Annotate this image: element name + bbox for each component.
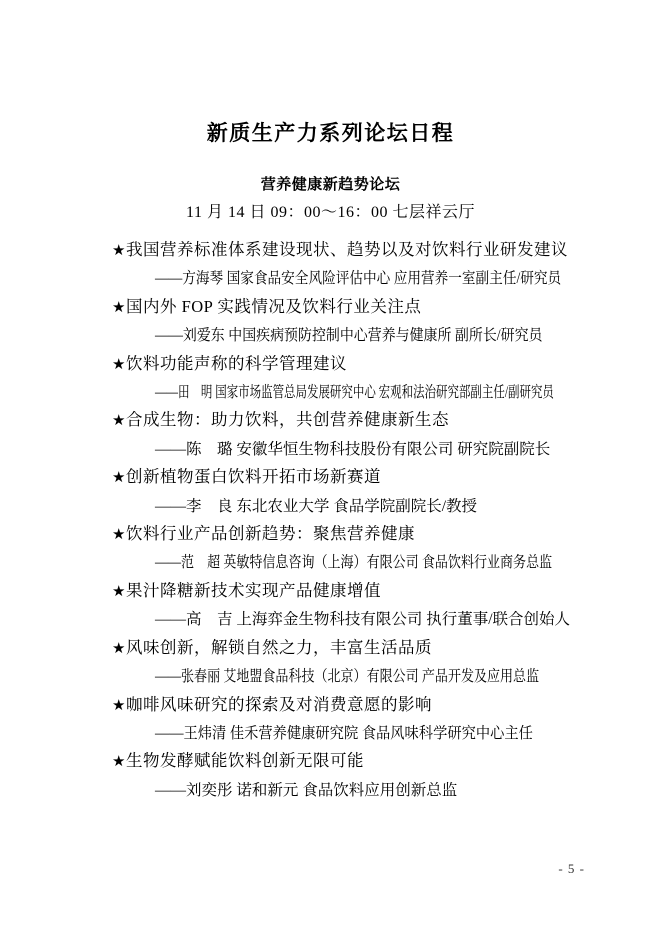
agenda-item: ★饮料功能声称的科学管理建议 ——田 明 国家市场监管总局发展研究中心 宏观和法… — [112, 350, 631, 407]
agenda-topic: ★咖啡风味研究的探索及对消费意愿的影响 — [112, 691, 631, 720]
agenda-topic-text: 风味创新，解锁自然之力，丰富生活品质 — [126, 638, 432, 657]
agenda-item: ★咖啡风味研究的探索及对消费意愿的影响 ——王炜清 佳禾营养健康研究院 食品风味… — [112, 691, 631, 748]
agenda-speaker-text: 李 良 东北农业大学 食品学院副院长/教授 — [186, 498, 477, 515]
agenda-topic-text: 饮料功能声称的科学管理建议 — [126, 354, 347, 373]
star-icon: ★ — [112, 527, 126, 543]
star-icon: ★ — [112, 470, 126, 486]
agenda-topic-text: 国内外 FOP 实践情况及饮料行业关注点 — [126, 297, 421, 316]
agenda-speaker-text: 高 吉 上海弈金生物科技有限公司 执行董事/联合创始人 — [186, 611, 570, 628]
agenda-topic-text: 我国营养标准体系建设现状、趋势以及对饮料行业研发建议 — [126, 240, 568, 259]
agenda-speaker-text: 张春丽 艾地盟食品科技（北京）有限公司 产品开发及应用总监 — [181, 668, 539, 685]
star-icon: ★ — [112, 584, 126, 600]
agenda-speaker-text: 王炜清 佳禾营养健康研究院 食品风味科学研究中心主任 — [184, 725, 533, 742]
agenda-speaker: ——方海琴 国家食品安全风险评估中心 应用营养一室副主任/研究员 — [112, 265, 631, 292]
agenda-topic: ★创新植物蛋白饮料开拓市场新赛道 — [112, 463, 631, 492]
agenda-topic: ★合成生物：助力饮料，共创营养健康新生态 — [112, 406, 631, 435]
em-dash: —— — [155, 384, 178, 401]
agenda-item: ★生物发酵赋能饮料创新无限可能 ——刘奕彤 诺和新元 食品饮料应用创新总监 — [112, 747, 631, 804]
agenda-topic-text: 合成生物：助力饮料，共创营养健康新生态 — [126, 410, 449, 429]
agenda-topic: ★风味创新，解锁自然之力，丰富生活品质 — [112, 634, 631, 663]
agenda-topic: ★国内外 FOP 实践情况及饮料行业关注点 — [112, 293, 631, 322]
agenda-speaker: ——刘奕彤 诺和新元 食品饮料应用创新总监 — [112, 777, 631, 804]
forum-subtitle: 营养健康新趋势论坛 — [0, 176, 661, 194]
agenda-item: ★国内外 FOP 实践情况及饮料行业关注点 ——刘爱东 中国疾病预防控制中心营养… — [112, 293, 631, 350]
em-dash: —— — [155, 668, 181, 685]
agenda-item: ★合成生物：助力饮料，共创营养健康新生态 ——陈 璐 安徽华恒生物科技股份有限公… — [112, 406, 631, 463]
agenda-speaker-text: 范 超 英敏特信息咨询（上海）有限公司 食品饮料行业商务总监 — [181, 554, 552, 571]
agenda-speaker: ——田 明 国家市场监管总局发展研究中心 宏观和法治研究部副主任/副研究员 — [112, 379, 631, 406]
agenda-topic: ★果汁降糖新技术实现产品健康增值 — [112, 577, 631, 606]
em-dash: —— — [155, 725, 184, 742]
agenda-speaker: ——陈 璐 安徽华恒生物科技股份有限公司 研究院副院长 — [112, 436, 631, 463]
agenda-topic: ★生物发酵赋能饮料创新无限可能 — [112, 747, 631, 776]
agenda-speaker: ——刘爱东 中国疾病预防控制中心营养与健康所 副所长/研究员 — [112, 322, 631, 349]
page-title: 新质生产力系列论坛日程 — [0, 0, 661, 147]
agenda-speaker-text: 刘爱东 中国疾病预防控制中心营养与健康所 副所长/研究员 — [183, 327, 543, 344]
agenda-item: ★创新植物蛋白饮料开拓市场新赛道 ——李 良 东北农业大学 食品学院副院长/教授 — [112, 463, 631, 520]
agenda-topic-text: 生物发酵赋能饮料创新无限可能 — [126, 751, 364, 770]
agenda-topic-text: 果汁降糖新技术实现产品健康增值 — [126, 581, 381, 600]
agenda-topic-text: 咖啡风味研究的探索及对消费意愿的影响 — [126, 695, 432, 714]
agenda-item: ★我国营养标准体系建设现状、趋势以及对饮料行业研发建议 ——方海琴 国家食品安全… — [112, 236, 631, 293]
agenda-topic: ★我国营养标准体系建设现状、趋势以及对饮料行业研发建议 — [112, 236, 631, 265]
agenda-speaker: ——范 超 英敏特信息咨询（上海）有限公司 食品饮料行业商务总监 — [112, 549, 631, 576]
star-icon: ★ — [112, 698, 126, 714]
agenda-item: ★风味创新，解锁自然之力，丰富生活品质 ——张春丽 艾地盟食品科技（北京）有限公… — [112, 634, 631, 691]
star-icon: ★ — [112, 357, 126, 373]
agenda-topic: ★饮料功能声称的科学管理建议 — [112, 350, 631, 379]
agenda-speaker-text: 田 明 国家市场监管总局发展研究中心 宏观和法治研究部副主任/副研究员 — [178, 384, 554, 401]
em-dash: —— — [155, 611, 186, 628]
star-icon: ★ — [112, 243, 126, 259]
em-dash: —— — [155, 554, 181, 571]
star-icon: ★ — [112, 300, 126, 316]
agenda-item: ★饮料行业产品创新趋势：聚焦营养健康 ——范 超 英敏特信息咨询（上海）有限公司… — [112, 520, 631, 577]
agenda-speaker: ——张春丽 艾地盟食品科技（北京）有限公司 产品开发及应用总监 — [112, 663, 631, 690]
em-dash: —— — [155, 498, 186, 515]
agenda-topic-text: 创新植物蛋白饮料开拓市场新赛道 — [126, 467, 381, 486]
agenda-topic-text: 饮料行业产品创新趋势：聚焦营养健康 — [126, 524, 415, 543]
agenda-speaker-text: 刘奕彤 诺和新元 食品饮料应用创新总监 — [186, 782, 457, 799]
em-dash: —— — [155, 782, 186, 799]
agenda-speaker-text: 方海琴 国家食品安全风险评估中心 应用营养一室副主任/研究员 — [182, 270, 561, 287]
em-dash: —— — [155, 270, 182, 287]
agenda-topic: ★饮料行业产品创新趋势：聚焦营养健康 — [112, 520, 631, 549]
document-page: 新质生产力系列论坛日程 营养健康新趋势论坛 11 月 14 日 09：00～16… — [0, 0, 661, 935]
star-icon: ★ — [112, 641, 126, 657]
agenda-speaker: ——王炜清 佳禾营养健康研究院 食品风味科学研究中心主任 — [112, 720, 631, 747]
datetime-venue: 11 月 14 日 09：00～16：00 七层祥云厅 — [0, 204, 661, 222]
agenda-speaker: ——李 良 东北农业大学 食品学院副院长/教授 — [112, 493, 631, 520]
agenda-list: ★我国营养标准体系建设现状、趋势以及对饮料行业研发建议 ——方海琴 国家食品安全… — [0, 236, 661, 804]
agenda-item: ★果汁降糖新技术实现产品健康增值 ——高 吉 上海弈金生物科技有限公司 执行董事… — [112, 577, 631, 634]
star-icon: ★ — [112, 413, 126, 429]
agenda-speaker-text: 陈 璐 安徽华恒生物科技股份有限公司 研究院副院长 — [186, 441, 550, 458]
em-dash: —— — [155, 441, 186, 458]
star-icon: ★ — [112, 754, 126, 770]
agenda-speaker: ——高 吉 上海弈金生物科技有限公司 执行董事/联合创始人 — [112, 606, 631, 633]
em-dash: —— — [155, 327, 183, 344]
page-number: - 5 - — [558, 861, 585, 877]
